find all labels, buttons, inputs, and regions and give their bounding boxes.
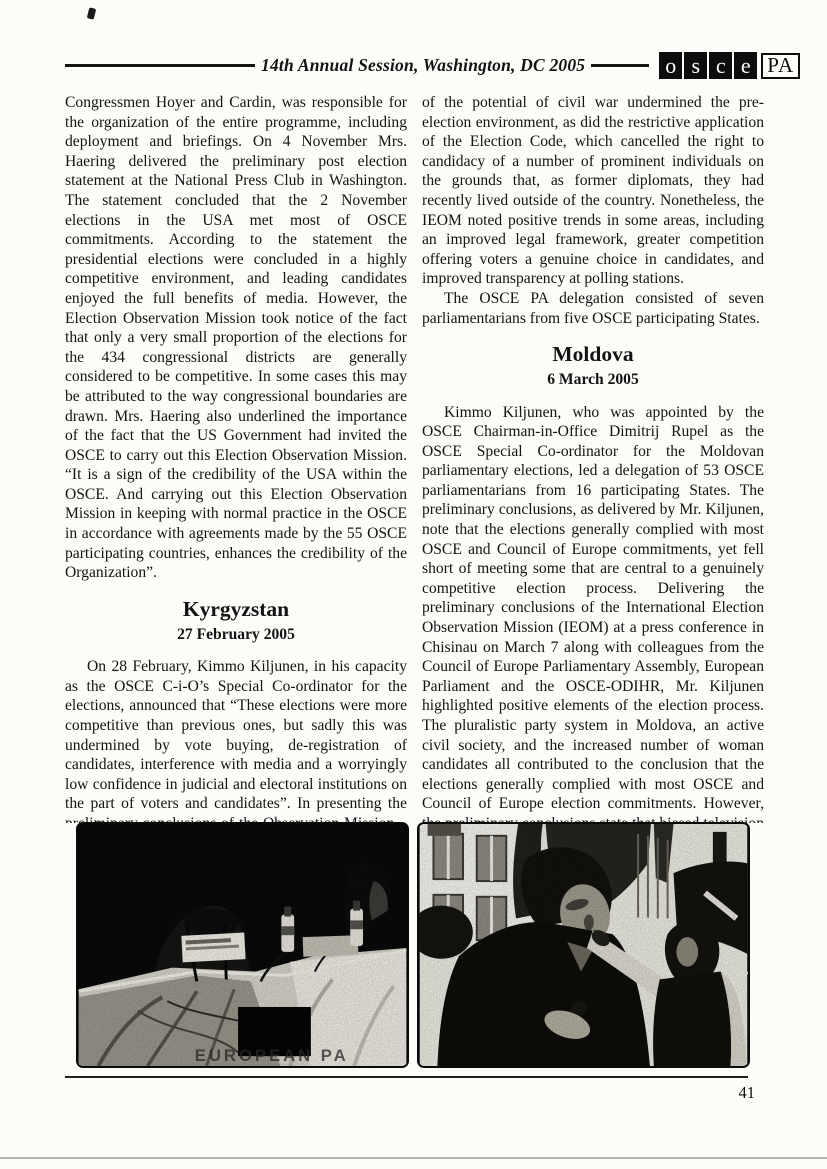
photo-row: EUROPEAN PA <box>76 822 750 1068</box>
press-conference-photo: EUROPEAN PA <box>76 822 409 1068</box>
street-interview-photo <box>417 822 750 1068</box>
moldova-date: 6 March 2005 <box>422 370 764 390</box>
footer-rule <box>65 1076 748 1078</box>
document-page: 14th Annual Session, Washington, DC 2005… <box>0 0 827 1169</box>
moldova-title: Moldova <box>422 342 764 368</box>
left-paragraph-1: Congressmen Hoyer and Cardin, was respon… <box>65 93 407 583</box>
logo-letter-o: o <box>659 52 682 79</box>
header-rule-left <box>65 64 255 67</box>
scan-speck <box>87 7 96 19</box>
logo-pa-box: PA <box>761 53 800 79</box>
osce-pa-logo: o s c e PA <box>659 52 800 79</box>
street-interview-photo-image <box>419 824 748 1066</box>
logo-letter-s: s <box>684 52 707 79</box>
left-paragraph-2: On 28 February, Kimmo Kiljunen, in his c… <box>65 657 407 823</box>
right-paragraph-3: Kimmo Kiljunen, who was appointed by the… <box>422 403 764 823</box>
right-column: of the potential of civil war undermined… <box>422 93 764 823</box>
header-rule-right <box>591 64 649 67</box>
scan-edge-line <box>0 1157 827 1159</box>
press-conference-photo-image: EUROPEAN PA <box>78 824 407 1066</box>
page-title: 14th Annual Session, Washington, DC 2005 <box>261 55 585 76</box>
kyrgyzstan-date: 27 February 2005 <box>65 625 407 645</box>
logo-letter-c: c <box>709 52 732 79</box>
kyrgyzstan-title: Kyrgyzstan <box>65 597 407 623</box>
page-number: 41 <box>739 1083 756 1103</box>
moldova-section-heading: Moldova 6 March 2005 <box>422 342 764 389</box>
page-header: 14th Annual Session, Washington, DC 2005… <box>65 52 765 79</box>
logo-letter-e: e <box>734 52 757 79</box>
right-paragraph-1: of the potential of civil war undermined… <box>422 93 764 289</box>
two-column-body: Congressmen Hoyer and Cardin, was respon… <box>65 93 764 823</box>
right-paragraph-2: The OSCE PA delegation consisted of seve… <box>422 289 764 328</box>
kyrgyzstan-section-heading: Kyrgyzstan 27 February 2005 <box>65 597 407 644</box>
left-column: Congressmen Hoyer and Cardin, was respon… <box>65 93 407 823</box>
